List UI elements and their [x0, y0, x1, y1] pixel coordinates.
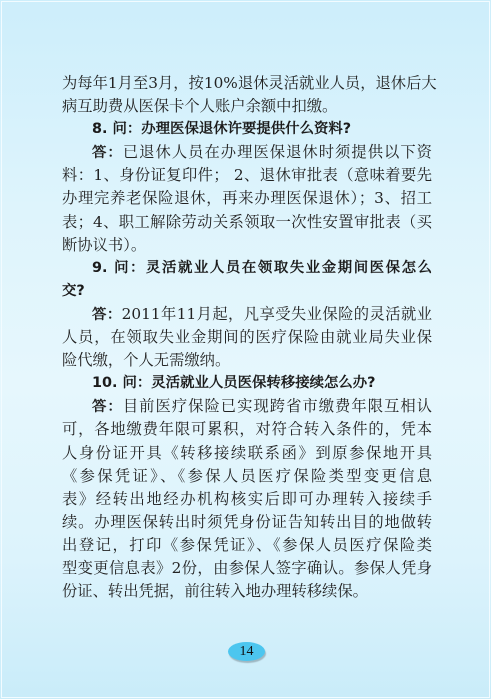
- text-line: 《参保凭证》、《参保人员医疗保险类型变更信息: [62, 465, 432, 488]
- answer-label: 答：: [92, 307, 122, 323]
- question-9-heading: 9. 问：灵活就业人员在领取失业金期间医保怎么: [62, 257, 432, 280]
- answer-label: 答：: [92, 399, 123, 415]
- text-line: 人员，在领取失业金期间的医疗保险由就业局失业保: [62, 326, 432, 349]
- text-line: 为每年1月至3月，按10%退休灵活就业人员，退休后大: [62, 72, 432, 95]
- answer-label: 答：: [92, 145, 123, 161]
- text-line: 可，各地缴费年限可累积，对符合转入条件的，凭本: [62, 418, 432, 441]
- text-line: 人身份证开具《转移接续联系函》到原参保地开具: [62, 442, 432, 465]
- text-line: 断协议书）。: [62, 234, 432, 257]
- answer-9-line: 答：2011年11月起，凡享受失业保险的灵活就业: [62, 303, 432, 326]
- text-line: 办理完养老保险退休，再来办理医保退休）；3、招工: [62, 187, 432, 210]
- answer-text: 2011年11月起，凡享受失业保险的灵活就业: [122, 305, 432, 323]
- text-line: 险代缴，个人无需缴纳。: [62, 349, 432, 372]
- text-line: 出登记，打印《参保凭证》、《参保人员医疗保险类: [62, 534, 432, 557]
- question-8-heading: 8. 问：办理医保退休许要提供什么资料?: [62, 118, 432, 141]
- answer-text: 目前医疗保险已实现跨省市缴费年限互相认: [123, 397, 432, 415]
- text-line: 病互助费从医保卡个人账户余额中扣缴。: [62, 95, 432, 118]
- page-number-badge: 14: [228, 642, 265, 661]
- text-line: 续。办理医保转出时须凭身份证告知转出目的地做转: [62, 511, 432, 534]
- answer-text: 已退休人员在办理医保退休时须提供以下资: [123, 143, 432, 161]
- text-line: 型变更信息表》2份，由参保人签字确认。参保人凭身: [62, 557, 432, 580]
- answer-10-line: 答：目前医疗保险已实现跨省市缴费年限互相认: [62, 395, 432, 418]
- text-line: 表；4、职工解除劳动关系领取一次性安置审批表（买: [62, 211, 432, 234]
- answer-8-line: 答：已退休人员在办理医保退休时须提供以下资: [62, 141, 432, 164]
- question-10-heading: 10. 问：灵活就业人员医保转移接续怎么办?: [62, 372, 432, 395]
- text-line: 表》经转出地经办机构核实后即可办理转入接续手: [62, 488, 432, 511]
- text-line: 份证、转出凭据，前往转入地办理转移续保。: [62, 580, 432, 603]
- document-body: 为每年1月至3月，按10%退休灵活就业人员，退休后大 病互助费从医保卡个人账户余…: [62, 72, 432, 603]
- question-9-heading-cont: 交?: [62, 280, 432, 303]
- text-line: 料：1、身份证复印件； 2、退休审批表（意味着要先: [62, 164, 432, 187]
